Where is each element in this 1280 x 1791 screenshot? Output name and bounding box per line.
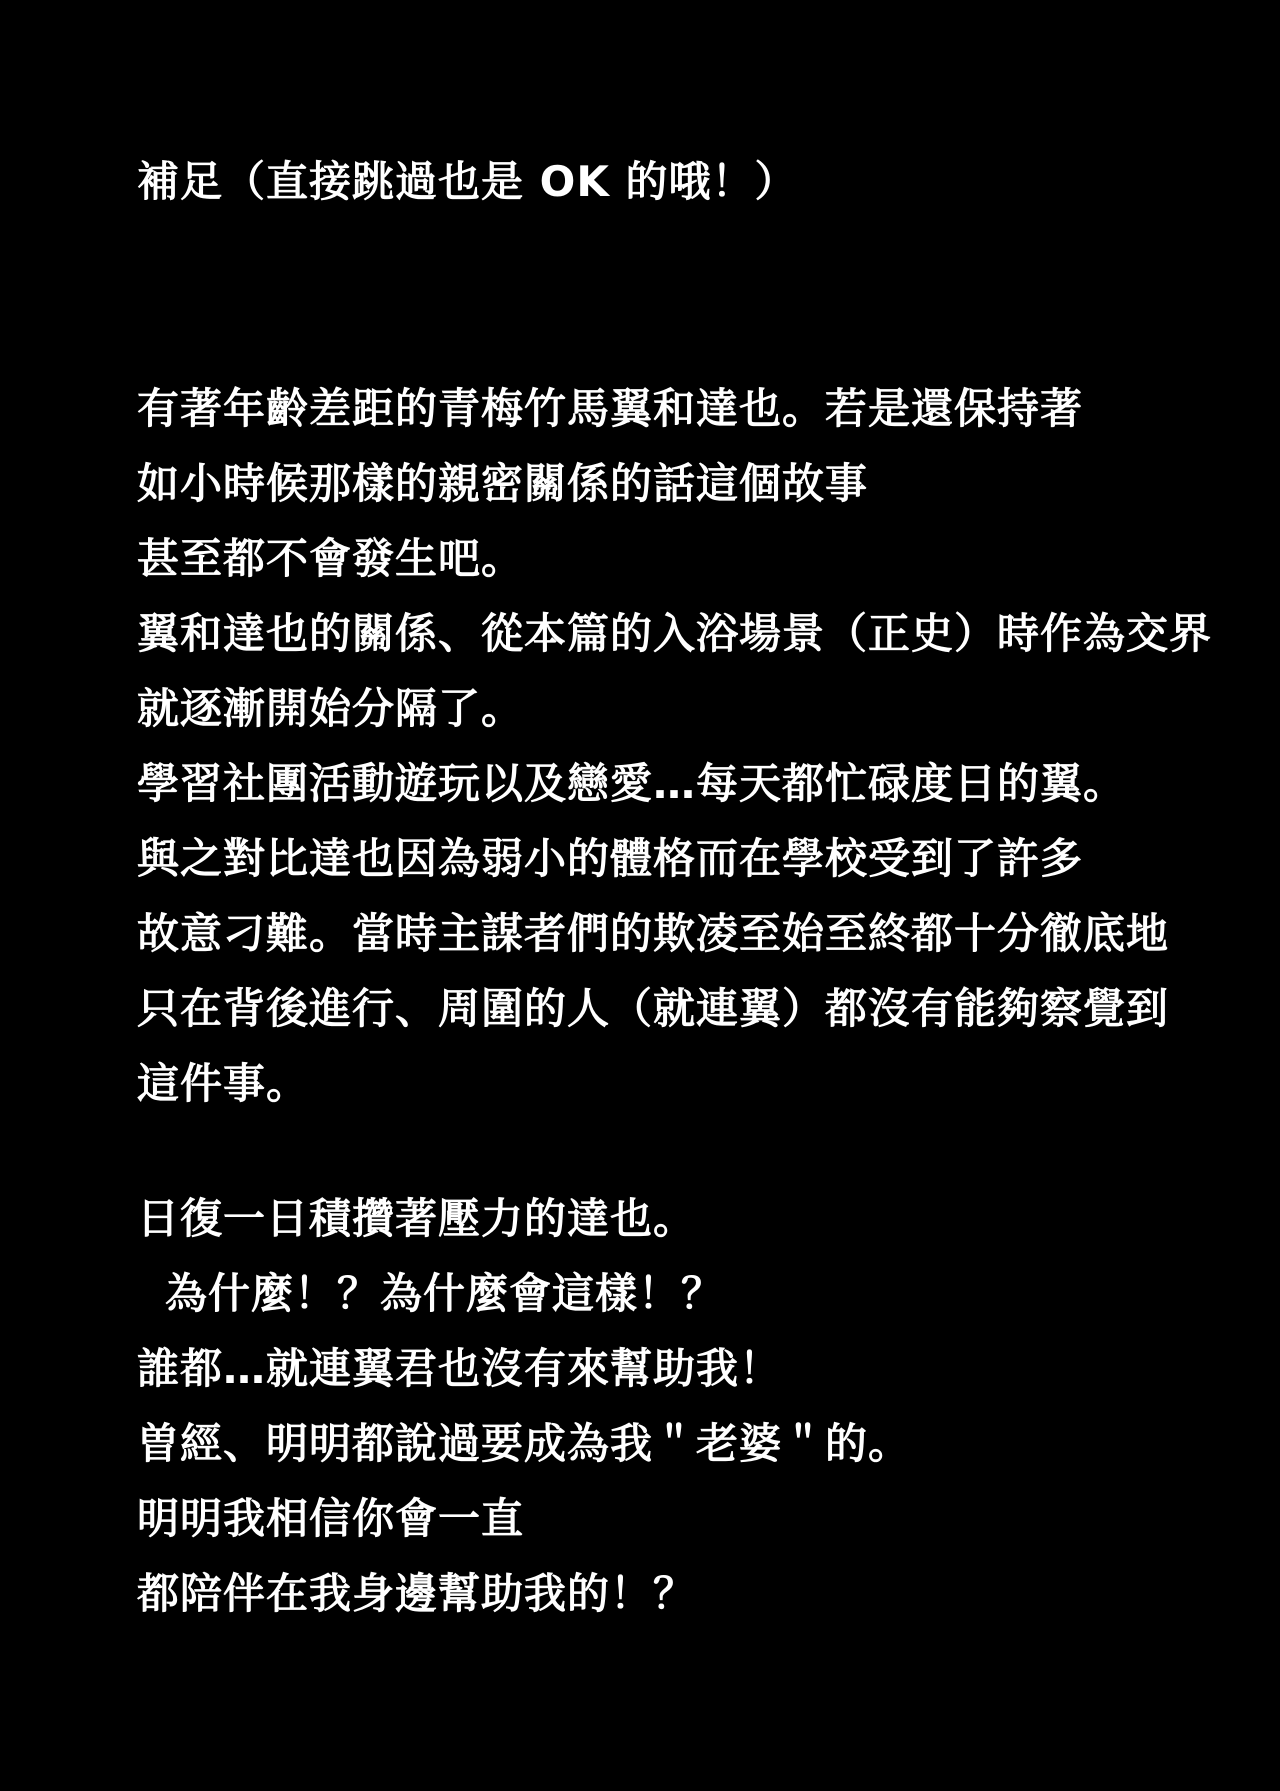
text-line: 明明我相信你會一直: [137, 1481, 1247, 1556]
text-line: 曽經、明明都說過要成為我＂老婆＂的。: [137, 1406, 1247, 1481]
text-line: 只在背後進行、周圍的人（就連翼）都沒有能夠察覺到: [137, 971, 1247, 1046]
supplement-header: 補足（直接跳過也是 OK 的哦！）: [137, 152, 1237, 212]
story-paragraph: 有著年齡差距的青梅竹馬翼和達也。若是還保持著 如小時候那樣的親密關係的話這個故事…: [137, 371, 1247, 1121]
text-line: 日復一日積攢著壓力的達也。: [137, 1181, 1247, 1256]
text-line: 甚至都不會發生吧。: [137, 521, 1247, 596]
document-page: 補足（直接跳過也是 OK 的哦！） 有著年齡差距的青梅竹馬翼和達也。若是還保持著…: [0, 0, 1280, 1791]
text-line: 與之對比達也因為弱小的體格而在學校受到了許多: [137, 821, 1247, 896]
text-line: 為什麼！？為什麼會這樣！？: [137, 1256, 1247, 1331]
text-line: 學習社團活動遊玩以及戀愛…每天都忙碌度日的翼。: [137, 746, 1247, 821]
text-line: 故意刁難。當時主謀者們的欺凌至始至終都十分徹底地: [137, 896, 1247, 971]
text-line: 如小時候那樣的親密關係的話這個故事: [137, 446, 1247, 521]
monologue-paragraph: 日復一日積攢著壓力的達也。 為什麼！？為什麼會這樣！？ 誰都…就連翼君也沒有來幫…: [137, 1181, 1247, 1631]
text-line: 誰都…就連翼君也沒有來幫助我！: [137, 1331, 1247, 1406]
text-line: 有著年齡差距的青梅竹馬翼和達也。若是還保持著: [137, 371, 1247, 446]
text-line: 這件事。: [137, 1046, 1247, 1121]
text-line: 都陪伴在我身邊幫助我的！？: [137, 1556, 1247, 1631]
text-line: 翼和達也的關係、從本篇的入浴場景（正史）時作為交界: [137, 596, 1247, 671]
text-line: 就逐漸開始分隔了。: [137, 671, 1247, 746]
